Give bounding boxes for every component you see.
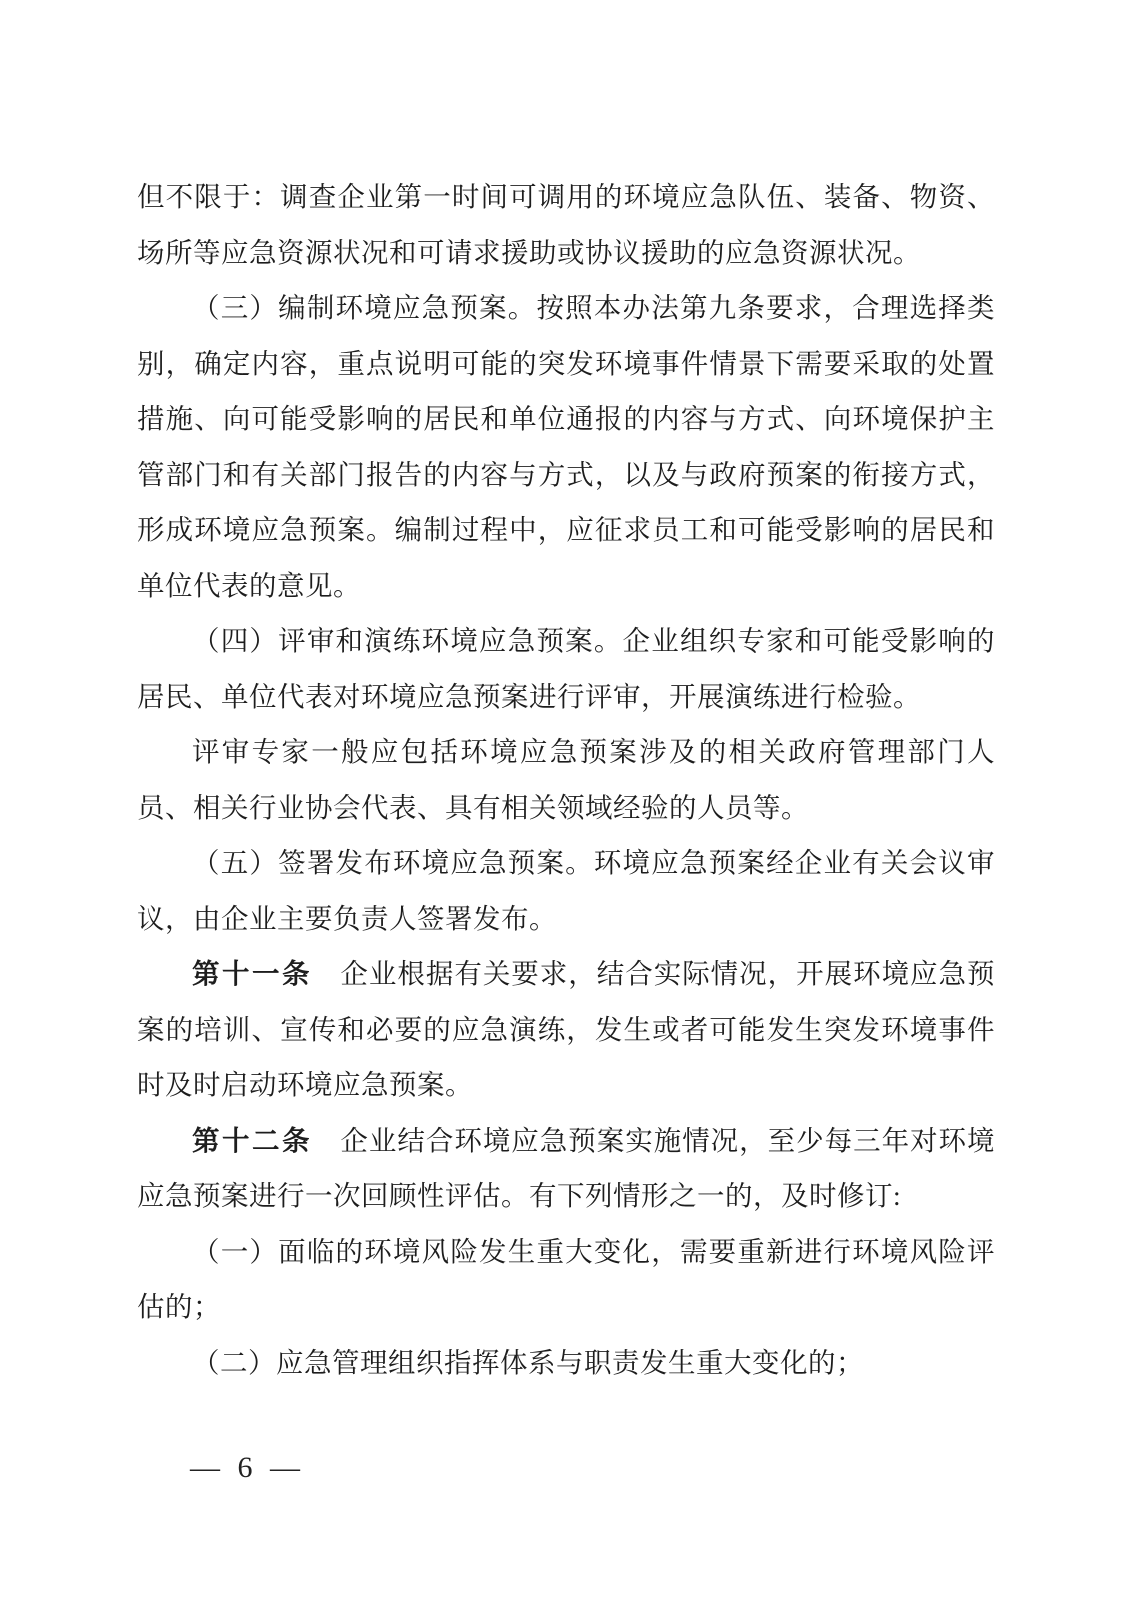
paragraph: （二）应急管理组织指挥体系与职责发生重大变化的； xyxy=(137,1335,995,1391)
paragraph: （一）面临的环境风险发生重大变化，需要重新进行环境风险评估的； xyxy=(137,1224,995,1335)
page-footer: — 6 — xyxy=(140,1408,305,1528)
paragraph: （五）签署发布环境应急预案。环境应急预案经企业有关会议审议，由企业主要负责人签署… xyxy=(137,835,995,946)
document-page: 但不限于：调查企业第一时间可调用的环境应急队伍、装备、物资、场所等应急资源状况和… xyxy=(0,0,1131,1600)
paragraph-text: （四）评审和演练环境应急预案。企业组织专家和可能受影响的居民、单位代表对环境应急… xyxy=(137,625,995,712)
paragraph: 第十一条 企业根据有关要求，结合实际情况，开展环境应急预案的培训、宣传和必要的应… xyxy=(137,946,995,1113)
paragraph-text: （三）编制环境应急预案。按照本办法第九条要求，合理选择类别，确定内容，重点说明可… xyxy=(137,292,995,601)
paragraph: 但不限于：调查企业第一时间可调用的环境应急队伍、装备、物资、场所等应急资源状况和… xyxy=(137,169,995,280)
page-number: — 6 — xyxy=(190,1451,305,1484)
paragraph: 评审专家一般应包括环境应急预案涉及的相关政府管理部门人员、相关行业协会代表、具有… xyxy=(137,724,995,835)
paragraph: 第十二条 企业结合环境应急预案实施情况，至少每三年对环境应急预案进行一次回顾性评… xyxy=(137,1113,995,1224)
article-number: 第十二条 xyxy=(192,1125,312,1156)
paragraph: （四）评审和演练环境应急预案。企业组织专家和可能受影响的居民、单位代表对环境应急… xyxy=(137,613,995,724)
paragraph-text: （五）签署发布环境应急预案。环境应急预案经企业有关会议审议，由企业主要负责人签署… xyxy=(137,847,995,934)
paragraph-text: （二）应急管理组织指挥体系与职责发生重大变化的； xyxy=(192,1347,864,1378)
paragraph: （三）编制环境应急预案。按照本办法第九条要求，合理选择类别，确定内容，重点说明可… xyxy=(137,280,995,613)
article-number: 第十一条 xyxy=(192,958,312,989)
paragraph-text: 评审专家一般应包括环境应急预案涉及的相关政府管理部门人员、相关行业协会代表、具有… xyxy=(137,736,995,823)
paragraph-text: 但不限于：调查企业第一时间可调用的环境应急队伍、装备、物资、场所等应急资源状况和… xyxy=(137,181,995,268)
paragraph-text: （一）面临的环境风险发生重大变化，需要重新进行环境风险评估的； xyxy=(137,1236,995,1323)
document-body: 但不限于：调查企业第一时间可调用的环境应急队伍、装备、物资、场所等应急资源状况和… xyxy=(137,169,995,1390)
